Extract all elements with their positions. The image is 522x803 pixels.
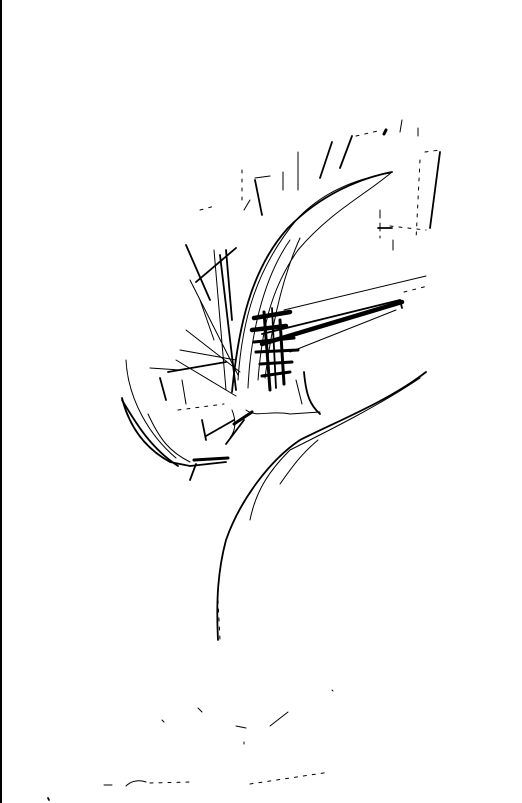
top-hatching [200,120,440,250]
bowl-strokes [122,360,252,480]
left-fan-strokes [150,245,240,396]
stem-strokes [217,372,426,640]
upper-leaf-strokes [232,172,392,392]
bottom-marks [48,600,333,800]
ink-sketch [0,0,522,803]
